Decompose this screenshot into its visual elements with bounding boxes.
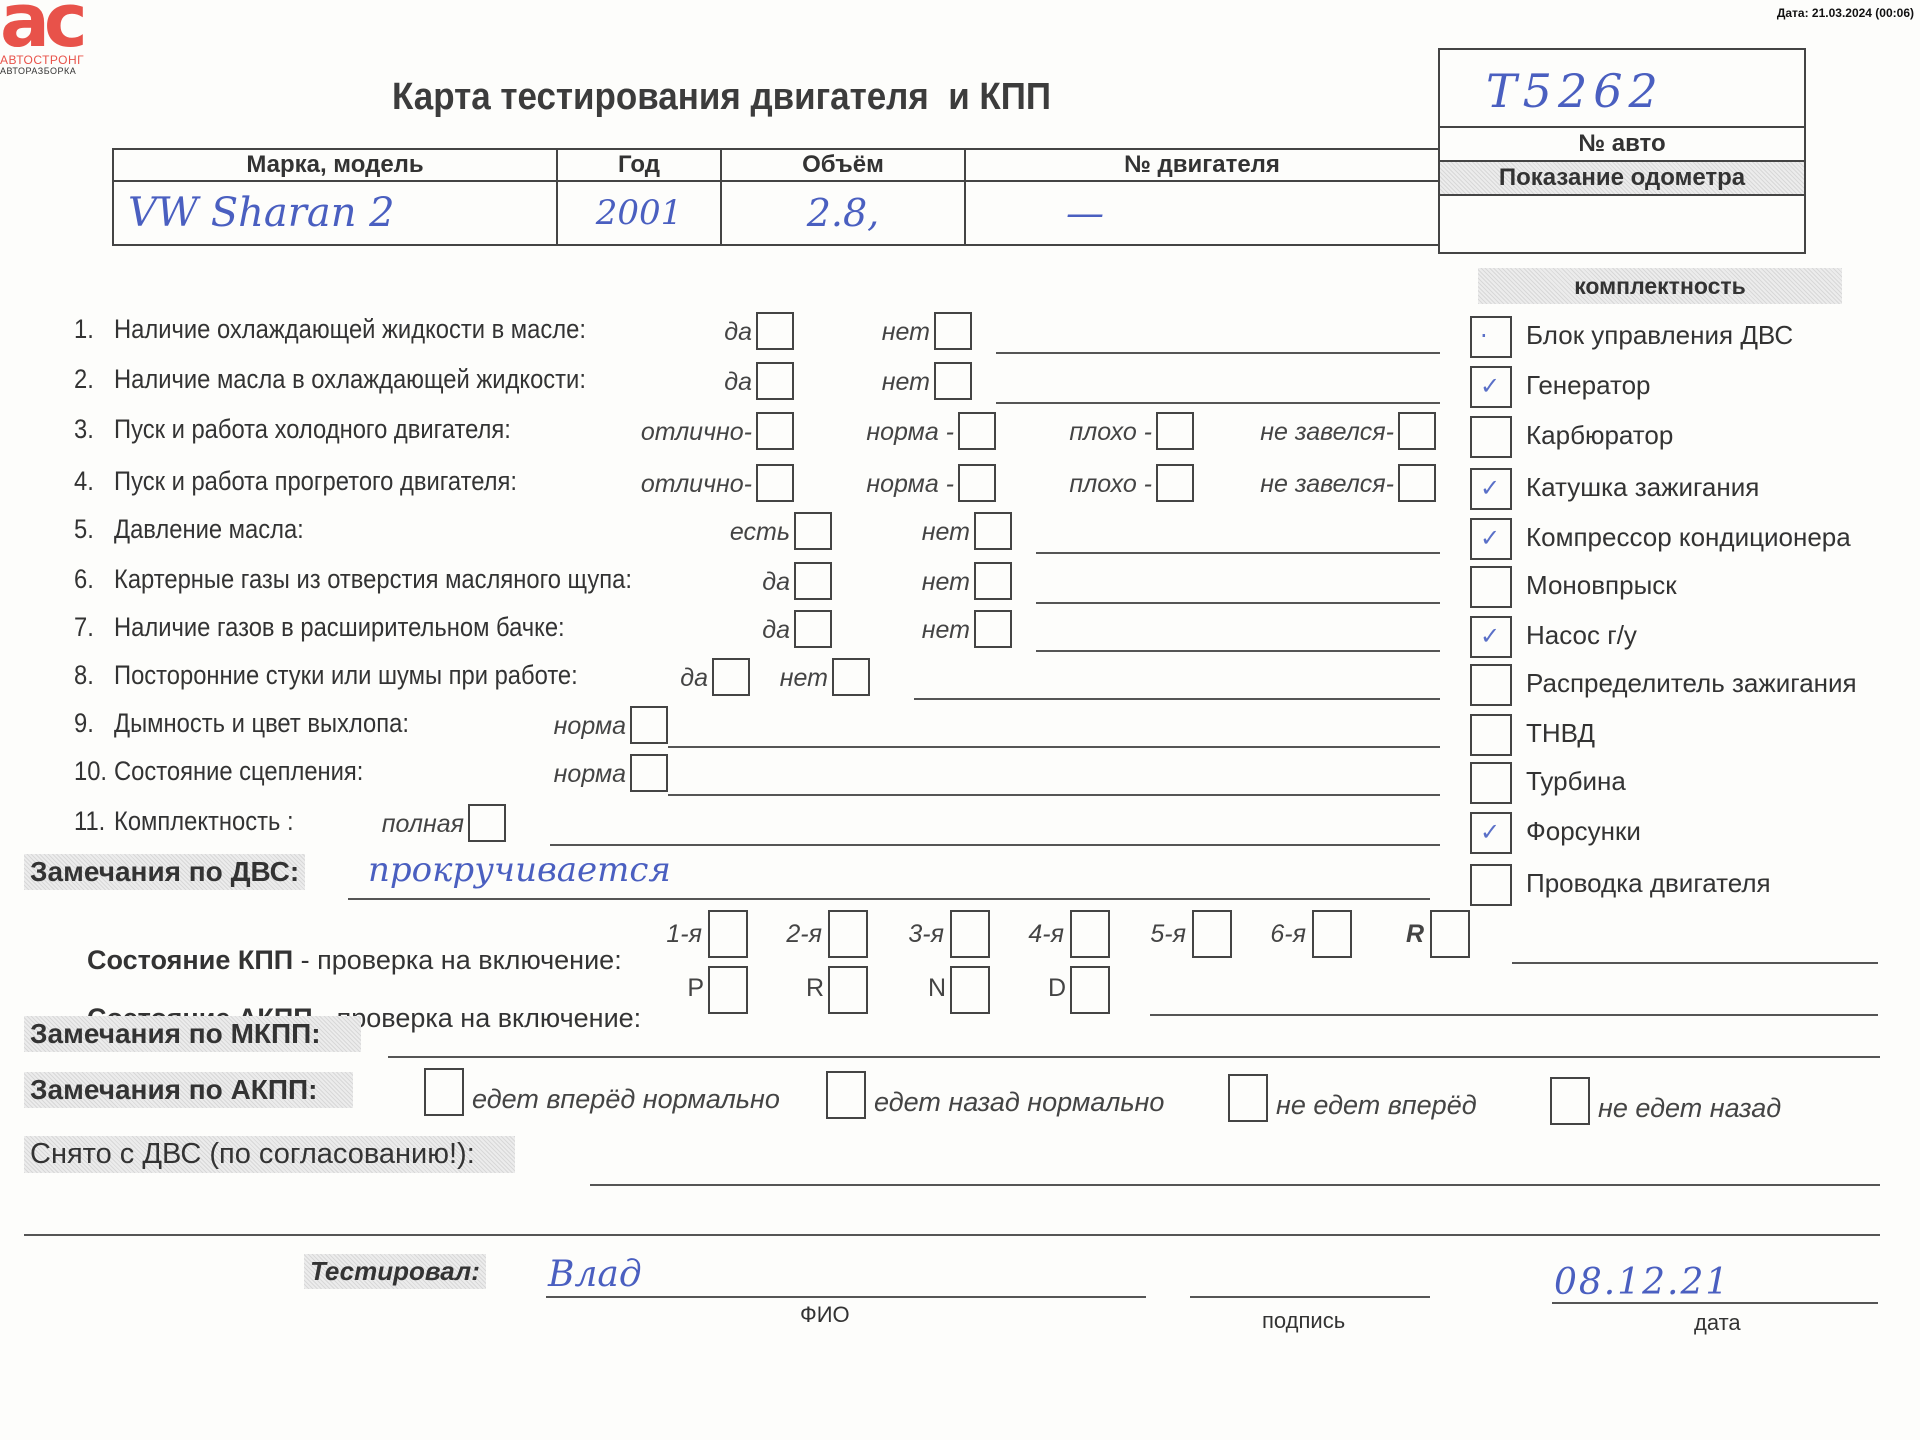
checklist-question-text: Наличие охлаждающей жидкости в масле:	[114, 314, 586, 345]
tested-by-label: Тестировал:	[304, 1254, 486, 1289]
checkmark-icon: ✓	[1480, 372, 1500, 400]
kit-item-label: Турбина	[1526, 766, 1626, 797]
manual-gearbox-label-rest: - проверка на включение:	[293, 945, 622, 975]
date-caption: дата	[1694, 1310, 1741, 1336]
option-label: норма -	[866, 418, 954, 447]
manual-remarks-label: Замечания по МКПП:	[24, 1016, 361, 1052]
option-checkbox[interactable]	[1156, 464, 1194, 502]
option-label: да	[724, 368, 752, 397]
option-checkbox[interactable]	[630, 754, 668, 792]
kit-item[interactable]: ✓Форсунки	[1470, 812, 1910, 856]
manual-gearbox-label: Состояние КПП - проверка на включение:	[72, 914, 622, 976]
auto-remark-checkbox[interactable]	[1228, 1074, 1268, 1122]
option-checkbox[interactable]	[630, 706, 668, 744]
logo: ac АВТОСТРОНГ АВТОРАЗБОРКА	[0, 0, 110, 80]
option-checkbox[interactable]	[756, 464, 794, 502]
option-checkbox[interactable]	[934, 362, 972, 400]
gear-checkbox[interactable]	[950, 966, 990, 1014]
checklist-question: 11.	[74, 806, 105, 837]
col-header-volume: Объём	[721, 149, 965, 181]
option-checkbox[interactable]	[1398, 412, 1436, 450]
engine-remarks-label: Замечания по ДВС:	[24, 854, 305, 890]
kit-item-label: Генератор	[1526, 370, 1651, 401]
option-checkbox[interactable]	[1398, 464, 1436, 502]
gear-checkbox[interactable]	[950, 910, 990, 958]
checklist-question-text: Пуск и работа холодного двигателя:	[114, 414, 511, 445]
kit-item[interactable]: ✓Генератор	[1470, 366, 1910, 410]
kit-checkbox[interactable]: ✓	[1470, 468, 1512, 510]
auto-remark-label: едет назад нормально	[874, 1087, 1164, 1118]
removed-line-2[interactable]	[24, 1234, 1880, 1236]
kit-checkbox[interactable]	[1470, 664, 1512, 706]
kit-item-label: ТНВД	[1526, 718, 1595, 749]
kit-item[interactable]: ·Блок управления ДВС	[1470, 316, 1910, 360]
gear-label: D	[1048, 974, 1066, 1003]
checklist-notes-line[interactable]	[996, 352, 1440, 354]
year-value[interactable]: 2001	[557, 181, 721, 245]
option-checkbox[interactable]	[756, 412, 794, 450]
option-checkbox[interactable]	[974, 512, 1012, 550]
option-label: нет	[882, 368, 930, 397]
option-checkbox[interactable]	[934, 312, 972, 350]
kit-checkbox[interactable]	[1470, 714, 1512, 756]
checkmark-icon: ✓	[1480, 818, 1500, 846]
volume-value[interactable]: 2.8,	[721, 181, 965, 245]
date-line	[1552, 1302, 1878, 1304]
checklist-notes-line[interactable]	[996, 402, 1440, 404]
odometer-field[interactable]	[1440, 196, 1804, 250]
option-label: полная	[382, 810, 464, 839]
checklist-question: 2.	[74, 364, 94, 395]
kit-item[interactable]: ✓Насос г/у	[1470, 616, 1910, 660]
option-label: да	[762, 568, 790, 597]
checklist-question: 10.	[74, 756, 107, 787]
engine-no-value[interactable]: —	[965, 181, 1439, 245]
kit-item[interactable]: Турбина	[1470, 762, 1910, 806]
kit-item[interactable]: ТНВД	[1470, 714, 1910, 758]
checklist-question-text: Состояние сцепления:	[114, 756, 363, 787]
option-label: да	[680, 664, 708, 693]
option-label: отлично-	[641, 418, 752, 447]
auto-gearbox-label-rest: - проверка на включение:	[313, 1003, 642, 1033]
checklist-notes-line[interactable]	[668, 794, 1440, 796]
checklist-notes-line[interactable]	[914, 698, 1440, 700]
kit-item[interactable]: ✓Компрессор кондиционера	[1470, 518, 1910, 562]
empty-mark-icon: ·	[1480, 322, 1488, 350]
name-caption: ФИО	[800, 1302, 850, 1328]
test-date-value[interactable]: 08.12.21	[1554, 1262, 1730, 1303]
checklist-question: 9.	[74, 708, 94, 739]
checklist-question-text: Наличие масла в охлаждающей жидкости:	[114, 364, 586, 395]
auto-remark-label: едет вперёд нормально	[472, 1084, 780, 1115]
gear-checkbox[interactable]	[1430, 910, 1470, 958]
kit-checkbox[interactable]	[1470, 416, 1512, 458]
checklist-question: 6.	[74, 564, 94, 595]
checklist-question-text: Наличие газов в расширительном бачке:	[114, 612, 565, 643]
auto-remark-checkbox[interactable]	[826, 1071, 866, 1119]
tested-by-name[interactable]: Влад	[548, 1254, 642, 1295]
option-label: плохо -	[1069, 470, 1152, 499]
kit-item[interactable]: Распределитель зажигания	[1470, 664, 1910, 708]
logo-subtitle: АВТОРАЗБОРКА	[0, 66, 76, 76]
option-label: нет	[922, 568, 970, 597]
option-checkbox[interactable]	[974, 610, 1012, 648]
auto-remark-label: не едет назад	[1598, 1093, 1781, 1124]
kit-item-label: Распределитель зажигания	[1526, 668, 1857, 699]
kit-header: комплектность	[1478, 268, 1842, 304]
manual-gearbox-label-bold: Состояние КПП	[87, 945, 293, 975]
checklist-question-text: Давление масла:	[114, 514, 304, 545]
kit-checkbox[interactable]: ✓	[1470, 616, 1512, 658]
kit-checkbox[interactable]: ·	[1470, 316, 1512, 358]
auto-remark-checkbox[interactable]	[424, 1068, 464, 1116]
option-label: есть	[730, 518, 790, 547]
option-checkbox[interactable]	[468, 804, 506, 842]
gear-checkbox[interactable]	[708, 966, 748, 1014]
kit-item-label: Компрессор кондиционера	[1526, 522, 1851, 553]
signature-line[interactable]	[1190, 1296, 1430, 1298]
checklist-question-text: Комплектность :	[114, 806, 294, 837]
gear-label: R	[1406, 920, 1424, 949]
checklist-question: 5.	[74, 514, 94, 545]
kit-checkbox[interactable]	[1470, 566, 1512, 608]
checklist-question: 7.	[74, 612, 94, 643]
option-checkbox[interactable]	[794, 562, 832, 600]
option-label: норма	[554, 712, 626, 741]
gear-label: P	[687, 974, 704, 1003]
engine-remarks-line	[348, 898, 1430, 900]
col-header-model: Марка, модель	[113, 149, 557, 181]
option-label: норма	[554, 760, 626, 789]
name-line	[546, 1296, 1146, 1298]
car-number-label: № авто	[1440, 126, 1804, 160]
auto-remark-checkbox[interactable]	[1550, 1077, 1590, 1125]
print-date: Дата: 21.03.2024 (00:06)	[1777, 6, 1914, 20]
checklist-question: 3.	[74, 414, 94, 445]
gear-label: R	[806, 974, 824, 1003]
checklist-question-text: Пуск и работа прогретого двигателя:	[114, 466, 517, 497]
gear-checkbox[interactable]	[708, 910, 748, 958]
gear-checkbox[interactable]	[1312, 910, 1352, 958]
checkmark-icon: ✓	[1480, 622, 1500, 650]
checklist-question: 1.	[74, 314, 94, 345]
car-number-box: T5262 № авто Показание одометра	[1438, 48, 1806, 254]
option-checkbox[interactable]	[756, 362, 794, 400]
option-checkbox[interactable]	[794, 610, 832, 648]
kit-item-label: Проводка двигателя	[1526, 868, 1771, 899]
odometer-label: Показание одометра	[1440, 160, 1804, 196]
option-label: отлично-	[641, 470, 752, 499]
gear-label: N	[928, 974, 946, 1003]
gear-label: 1-я	[666, 920, 702, 949]
manual-gearbox-line	[1512, 962, 1878, 964]
gear-label: 5-я	[1150, 920, 1186, 949]
gear-checkbox[interactable]	[1070, 966, 1110, 1014]
kit-item[interactable]: ✓Катушка зажигания	[1470, 468, 1910, 512]
kit-checkbox[interactable]: ✓	[1470, 518, 1512, 560]
auto-remarks-label: Замечания по АКПП:	[24, 1072, 353, 1108]
option-label: да	[724, 318, 752, 347]
option-label: да	[762, 616, 790, 645]
kit-item[interactable]: Моновпрыск	[1470, 566, 1910, 610]
gear-label: 6-я	[1270, 920, 1306, 949]
gear-label: 4-я	[1028, 920, 1064, 949]
gear-checkbox[interactable]	[1192, 910, 1232, 958]
removed-line-1[interactable]	[590, 1184, 1880, 1186]
checkmark-icon: ✓	[1480, 524, 1500, 552]
kit-checkbox[interactable]: ✓	[1470, 366, 1512, 408]
kit-item-label: Форсунки	[1526, 816, 1641, 847]
manual-remarks-line[interactable]	[388, 1056, 1880, 1058]
signature-caption: подпись	[1262, 1308, 1345, 1334]
gear-label: 2-я	[786, 920, 822, 949]
option-checkbox[interactable]	[1156, 412, 1194, 450]
kit-checkbox[interactable]	[1470, 762, 1512, 804]
gear-label: 3-я	[908, 920, 944, 949]
vehicle-table: Марка, модель Год Объём № двигателя VW S…	[112, 148, 1440, 246]
kit-item-label: Моновпрыск	[1526, 570, 1677, 601]
option-label: нет	[882, 318, 930, 347]
checkmark-icon: ✓	[1480, 474, 1500, 502]
kit-item[interactable]: Карбюратор	[1470, 416, 1910, 460]
page-title: Карта тестирования двигателя и КПП	[392, 76, 1051, 119]
option-label: норма -	[866, 470, 954, 499]
gear-checkbox[interactable]	[1070, 910, 1110, 958]
checklist-question-text: Картерные газы из отверстия масляного щу…	[114, 564, 632, 595]
option-label: не завелся-	[1260, 418, 1394, 447]
kit-item-label: Насос г/у	[1526, 620, 1637, 651]
kit-item-label: Блок управления ДВС	[1526, 320, 1793, 351]
option-label: не завелся-	[1260, 470, 1394, 499]
checklist-notes-line[interactable]	[1036, 602, 1440, 604]
checklist-notes-line[interactable]	[1036, 552, 1440, 554]
option-label: нет	[780, 664, 828, 693]
kit-item-label: Катушка зажигания	[1526, 472, 1759, 503]
engine-remarks-value[interactable]: прокручивается	[368, 850, 671, 890]
checklist-question: 4.	[74, 466, 94, 497]
checklist-question-text: Дымность и цвет выхлопа:	[114, 708, 409, 739]
logo-brand: АВТОСТРОНГ	[0, 53, 84, 67]
kit-item-label: Карбюратор	[1526, 420, 1673, 451]
option-checkbox[interactable]	[958, 412, 996, 450]
car-number-value[interactable]: T5262	[1486, 64, 1664, 118]
kit-checkbox[interactable]: ✓	[1470, 812, 1512, 854]
auto-gearbox-line	[1150, 1014, 1878, 1016]
option-checkbox[interactable]	[712, 658, 750, 696]
option-label: плохо -	[1069, 418, 1152, 447]
col-header-year: Год	[557, 149, 721, 181]
option-label: нет	[922, 518, 970, 547]
gear-checkbox[interactable]	[828, 966, 868, 1014]
model-value[interactable]: VW Sharan 2	[113, 181, 557, 245]
option-checkbox[interactable]	[794, 512, 832, 550]
checklist-notes-line[interactable]	[550, 844, 1440, 846]
option-checkbox[interactable]	[974, 562, 1012, 600]
col-header-engine-no: № двигателя	[965, 149, 1439, 181]
removed-label: Снято с ДВС (по согласованию!):	[24, 1136, 515, 1173]
kit-checkbox[interactable]	[1470, 864, 1512, 906]
option-checkbox[interactable]	[832, 658, 870, 696]
checklist-question: 8.	[74, 660, 94, 691]
checklist-notes-line[interactable]	[1036, 650, 1440, 652]
checklist-notes-line[interactable]	[668, 746, 1440, 748]
auto-remark-label: не едет вперёд	[1276, 1090, 1477, 1121]
kit-item[interactable]: Проводка двигателя	[1470, 864, 1910, 908]
gear-checkbox[interactable]	[828, 910, 868, 958]
option-checkbox[interactable]	[756, 312, 794, 350]
option-checkbox[interactable]	[958, 464, 996, 502]
option-label: нет	[922, 616, 970, 645]
checklist-question-text: Посторонние стуки или шумы при работе:	[114, 660, 578, 691]
